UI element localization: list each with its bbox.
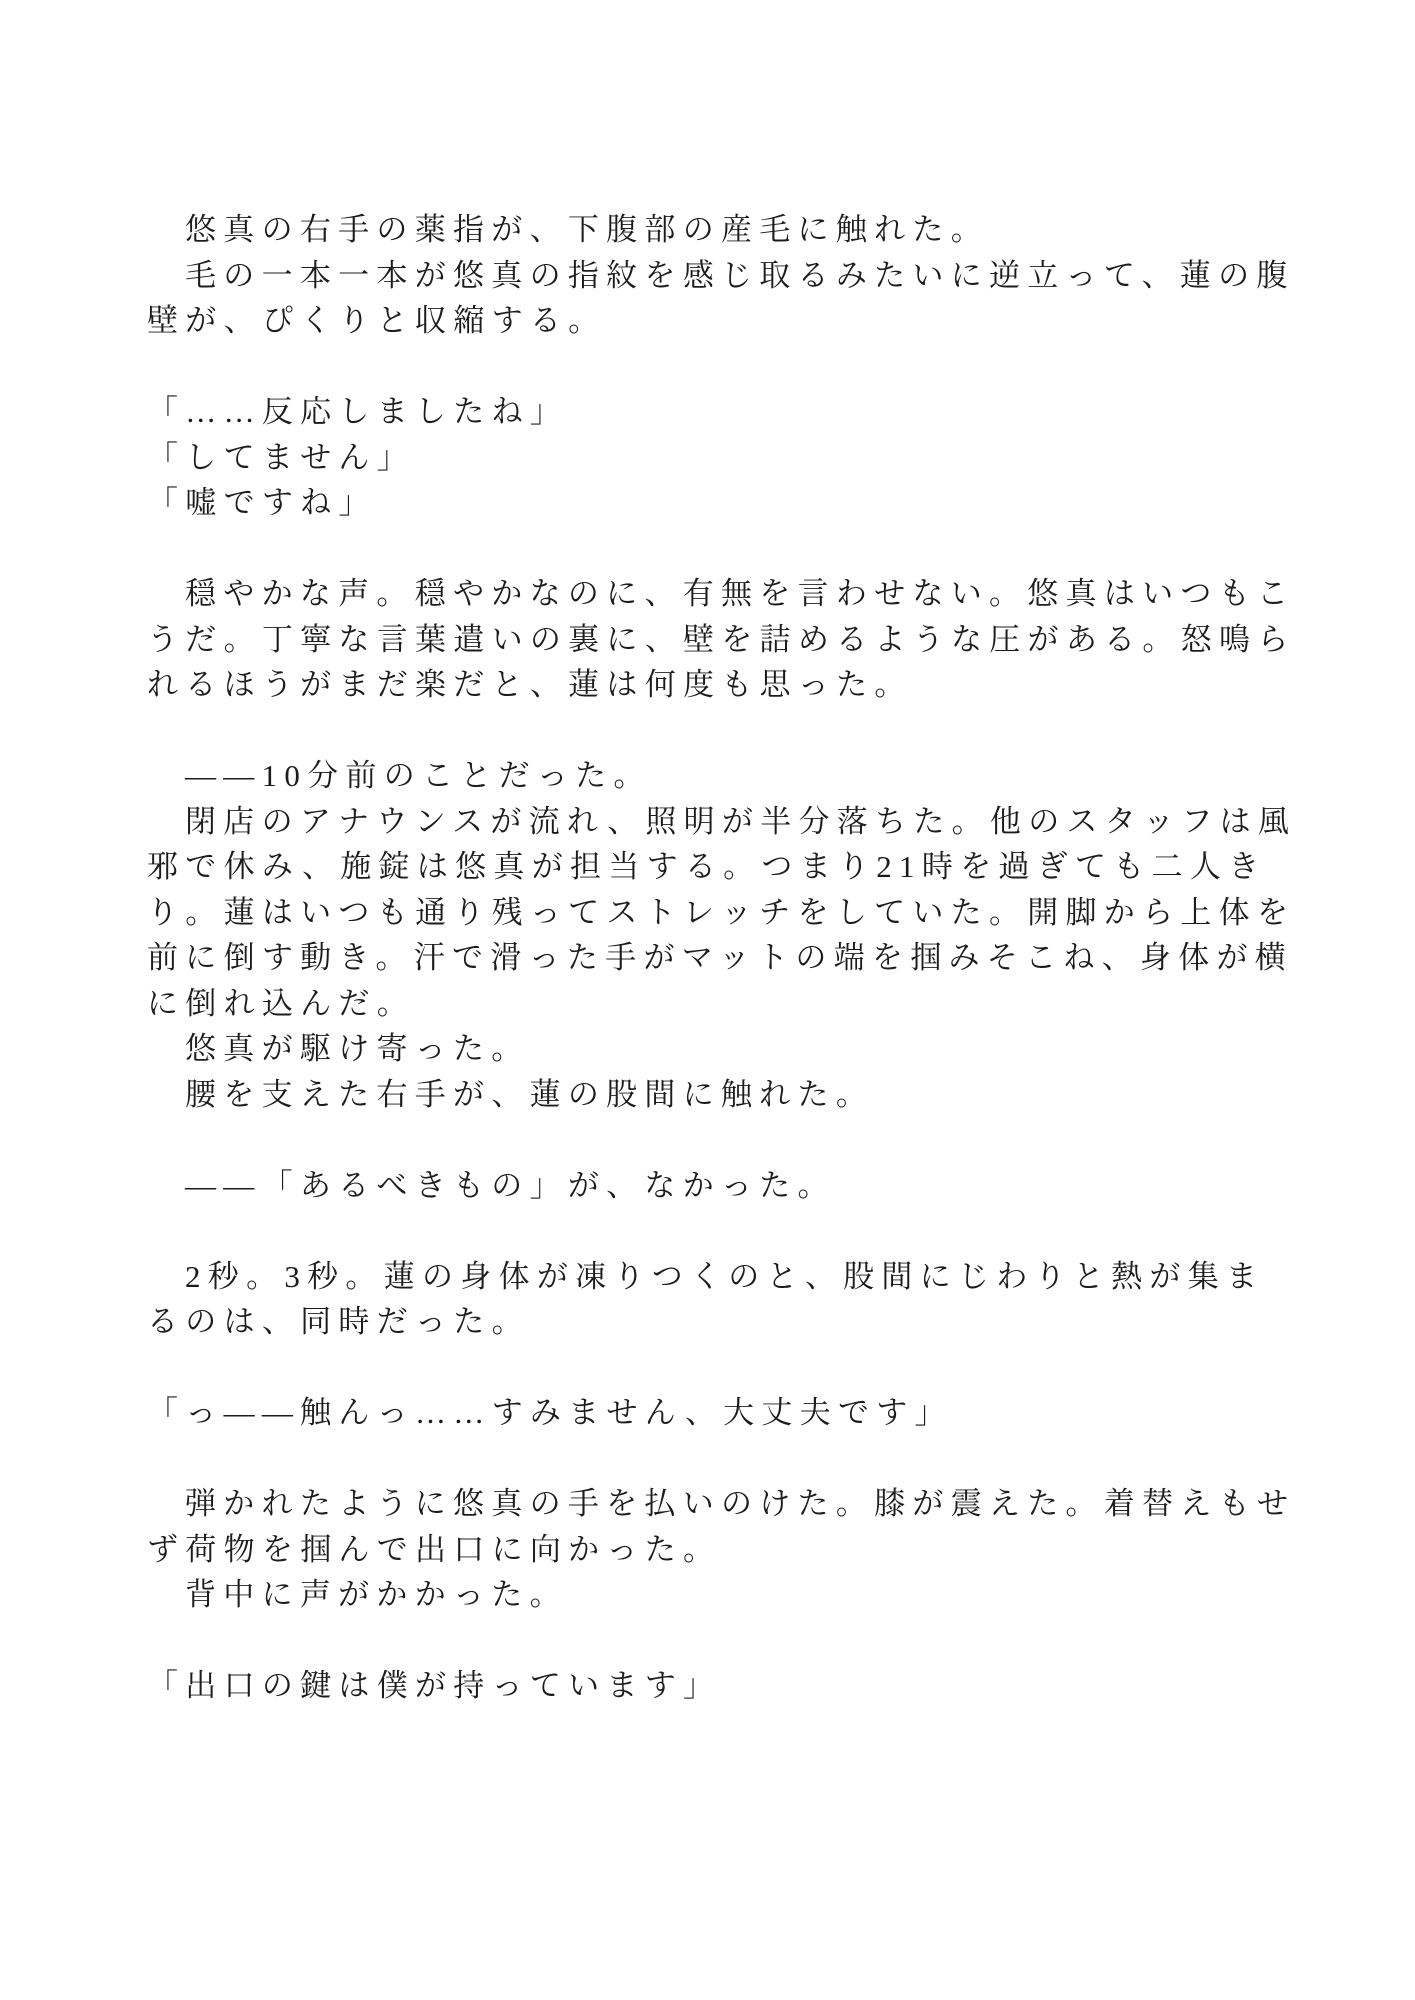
dialogue-line: 「……反応しましたね」: [147, 389, 1299, 435]
paragraph-narration: 背中に声がかかった。: [147, 1572, 1299, 1618]
paragraph-narration: 2秒。3秒。蓮の身体が凍りつくのと、股間にじわりと熱が集まるのは、同時だった。: [147, 1254, 1299, 1345]
paragraph-narration: 弾かれたように悠真の手を払いのけた。膝が震えた。着替えもせず荷物を掴んで出口に向…: [147, 1481, 1299, 1572]
dialogue-line: 「嘘ですね」: [147, 480, 1299, 526]
document-page: 悠真の右手の薬指が、下腹部の産毛に触れた。 毛の一本一本が悠真の指紋を感じ取るみ…: [0, 0, 1415, 2000]
paragraph-narration: 閉店のアナウンスが流れ、照明が半分落ちた。他のスタッフは風邪で休み、施錠は悠真が…: [147, 799, 1299, 1027]
dialogue-line: 「出口の鍵は僕が持っています」: [147, 1663, 1299, 1709]
paragraph-narration: ——「あるべきもの」が、なかった。: [147, 1163, 1299, 1209]
paragraph-narration: 悠真の右手の薬指が、下腹部の産毛に触れた。: [147, 207, 1299, 253]
paragraph-narration: 穏やかな声。穏やかなのに、有無を言わせない。悠真はいつもこうだ。丁寧な言葉遣いの…: [147, 571, 1299, 708]
dialogue-line: 「してません」: [147, 435, 1299, 481]
paragraph-narration: 毛の一本一本が悠真の指紋を感じ取るみたいに逆立って、蓮の腹壁が、ぴくりと収縮する…: [147, 253, 1299, 344]
paragraph-narration: 悠真が駆け寄った。: [147, 1026, 1299, 1072]
paragraph-narration: ——10分前のことだった。: [147, 753, 1299, 799]
text-body: 悠真の右手の薬指が、下腹部の産毛に触れた。 毛の一本一本が悠真の指紋を感じ取るみ…: [147, 207, 1299, 1709]
paragraph-narration: 腰を支えた右手が、蓮の股間に触れた。: [147, 1072, 1299, 1118]
dialogue-line: 「っ——触んっ……すみません、大丈夫です」: [147, 1390, 1299, 1436]
